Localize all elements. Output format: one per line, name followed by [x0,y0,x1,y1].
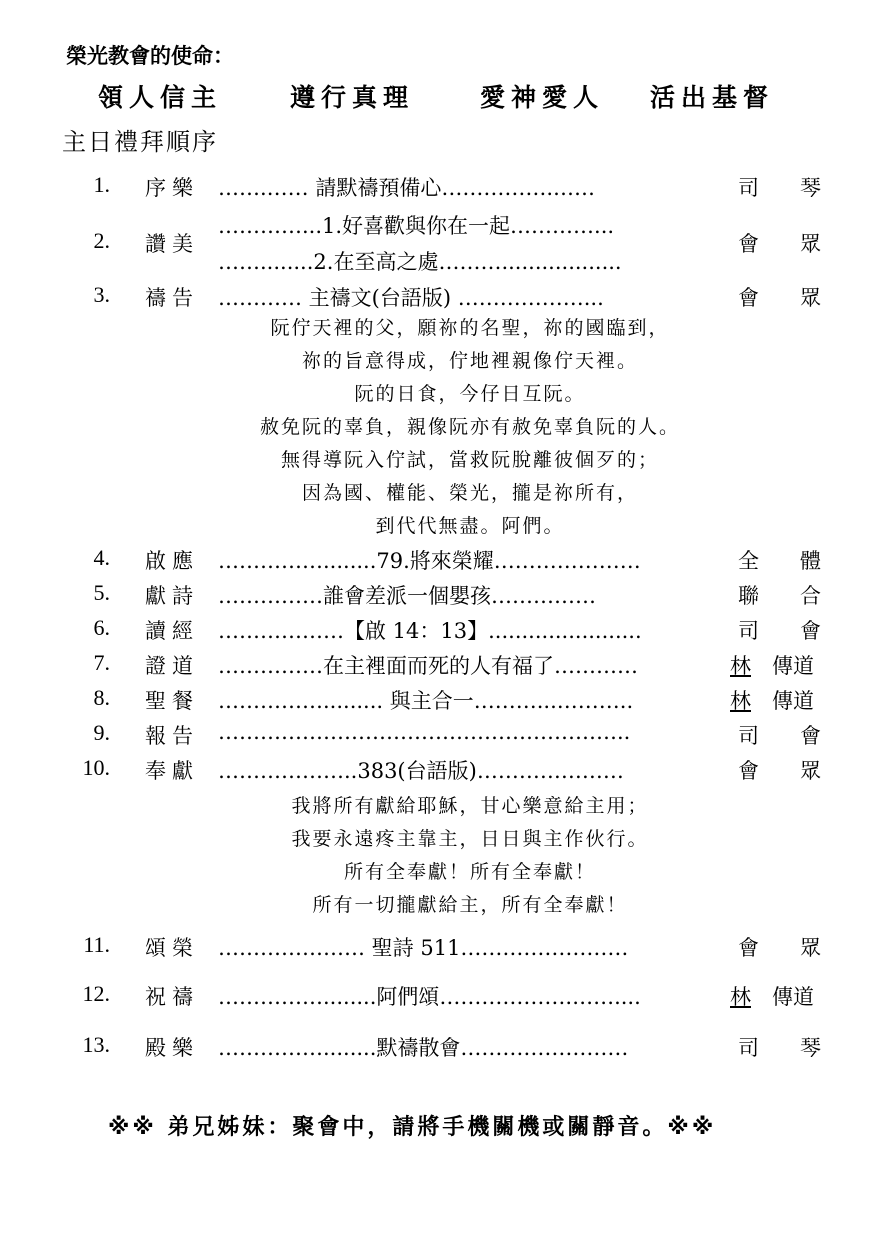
item-name: 頌榮 [145,932,199,962]
mission-item: 愛神愛人 [480,78,604,114]
item-name: 奉獻 [145,755,199,785]
offering-hymn-lyrics: 我將所有獻給耶穌，甘心樂意給主用； 我要永遠疼主靠主，日日與主作伙行。 所有全奉… [180,790,760,922]
item-leader-surname: 林 [730,981,751,1011]
item-leader: 會 [800,720,821,750]
item-leader: 會 [800,615,821,645]
item-number: 13. [50,1032,110,1058]
lyric-line: 我將所有獻給耶穌，甘心樂意給主用； [180,790,760,823]
lyric-line: 無得導阮入佇試，當救阮脫離彼個歹的； [180,444,760,477]
item-content: …….…… 請默禱預備心…………….…… [218,172,720,202]
item-leader-title: 傳道 [772,685,814,715]
item-leader: 眾 [800,282,821,312]
lyric-line: 祢的旨意得成，佇地裡親像佇天裡。 [180,345,760,378]
item-name: 祝禱 [145,981,199,1011]
program-row: 1. 序樂 …….…… 請默禱預備心…………….…… 司 琴 [0,172,878,206]
item-leader-surname: 林 [730,650,751,680]
item-content: ……………在主裡面而死的人有福了………… [218,650,720,680]
item-leader: 眾 [800,932,821,962]
item-number: 3. [50,282,110,308]
item-number: 12. [50,981,110,1007]
program-row: 7. 證道 ……………在主裡面而死的人有福了………… 林 傳道 [0,650,878,684]
program-row: 11. 頌榮 ………………… 聖詩 511…………………… 會 眾 [0,932,878,966]
lyric-line: 阮佇天裡的父，願祢的名聖，祢的國臨到， [180,312,760,345]
program-row: 3. 禱告 ………… 主禱文(台語版) ………………... 會 眾 [0,282,878,316]
mission-item: 遵行真理 [290,78,414,114]
item-content: ………………… 聖詩 511…………………… [218,932,720,962]
item-leader: 合 [800,580,821,610]
item-leader: 眾 [800,755,821,785]
order-title: 主日禮拜順序 [62,122,218,157]
item-name: 獻詩 [145,580,199,610]
item-name: 禱告 [145,282,199,312]
item-leader: 聯 [738,580,759,610]
item-content: ………………………………………………….. [218,720,720,744]
program-row: 6. 讀經 ………………【啟 14：13】...................… [0,615,878,649]
item-name: 殿樂 [145,1032,199,1062]
lyric-line: 赦免阮的辜負，親像阮亦有赦免辜負阮的人。 [180,411,760,444]
program-row: 10. 奉獻 ………………..383(台語版)………………… 會 眾 [0,755,878,789]
item-leader: 體 [800,545,821,575]
item-number: 7. [50,650,110,676]
item-name: 讀經 [145,615,199,645]
item-name: 聖餐 [145,685,199,715]
program-row: 8. 聖餐 ……………......... 與主合一………...……….. 林 傳… [0,685,878,719]
item-leader-title: 傳道 [772,981,814,1011]
item-number: 8. [50,685,110,711]
item-number: 1. [50,172,110,198]
item-number: 11. [50,932,110,958]
lyric-line: 到代代無盡。阿們。 [180,510,760,543]
item-content: ………… 主禱文(台語版) ………………... [218,282,720,312]
item-name: 報告 [145,720,199,750]
item-leader: 會 [738,932,759,962]
lyric-line: 所有一切攏獻給主，所有全奉獻！ [180,889,760,922]
mission-item: 活出基督 [650,78,774,114]
item-name: 序樂 [145,172,199,202]
item-number: 9. [50,720,110,746]
lyric-line: 阮的日食，今仔日互阮。 [180,378,760,411]
item-leader-title: 傳道 [772,650,814,680]
lyric-line: 我要永遠疼主靠主，日日與主作伙行。 [180,823,760,856]
program-subrow: …………...1.好喜歡與你在一起…………... [0,210,878,244]
program-row: 5. 獻詩 ……………誰會差派一個嬰孩…………… 聯 合 [0,580,878,614]
item-content: ……………......... 與主合一………...……….. [218,685,720,715]
program-row: 12. 祝禱 ……………........阿們頌……………….…….... 林 傳… [0,981,878,1015]
item-content: …………...1.好喜歡與你在一起…………... [218,210,720,240]
program-row: 4. 啟應 ……………........79.將來榮耀………………… 全 體 [0,545,878,579]
item-leader: 司 [738,720,759,750]
item-number: 6. [50,615,110,641]
lyric-line: 所有全奉獻！所有全奉獻！ [180,856,760,889]
item-leader-surname: 林 [730,685,751,715]
program-subrow: ……........2.在至高之處……….................. [0,246,878,280]
mission-item: 領人信主 [98,78,222,114]
item-content: ……………........79.將來榮耀………………… [218,545,720,575]
item-leader: 司 [738,1032,759,1062]
item-number: 10. [50,755,110,781]
mission-label: 榮光教會的使命： [66,40,234,70]
phone-notice: ※※ 弟兄姊妹：聚會中，請將手機關機或關靜音。※※ [108,1110,716,1141]
item-name: 證道 [145,650,199,680]
lyric-line: 因為國、權能、榮光，攏是祢所有， [180,477,760,510]
item-leader: 會 [738,282,759,312]
item-leader: 司 [738,615,759,645]
program-row: 13. 殿樂 ……………........默禱散會…………………… 司 琴 [0,1032,878,1066]
item-leader: 琴 [800,172,821,202]
item-content: ……........2.在至高之處……….................. [218,246,720,276]
lords-prayer: 阮佇天裡的父，願祢的名聖，祢的國臨到， 祢的旨意得成，佇地裡親像佇天裡。 阮的日… [180,312,760,543]
item-number: 5. [50,580,110,606]
item-content: ………………【啟 14：13】....................... [218,615,720,645]
item-leader: 琴 [800,1032,821,1062]
program-row: 9. 報告 ………………………………………………….. 司 會 [0,720,878,754]
item-content: ……………........默禱散會…………………… [218,1032,720,1062]
item-content: ………………..383(台語版)………………… [218,755,720,785]
item-leader: 司 [738,172,759,202]
item-leader: 全 [738,545,759,575]
item-content: ……………誰會差派一個嬰孩…………… [218,580,720,610]
item-leader: 會 [738,755,759,785]
item-content: ……………........阿們頌……………….…….... [218,981,720,1011]
item-name: 啟應 [145,545,199,575]
item-number: 4. [50,545,110,571]
